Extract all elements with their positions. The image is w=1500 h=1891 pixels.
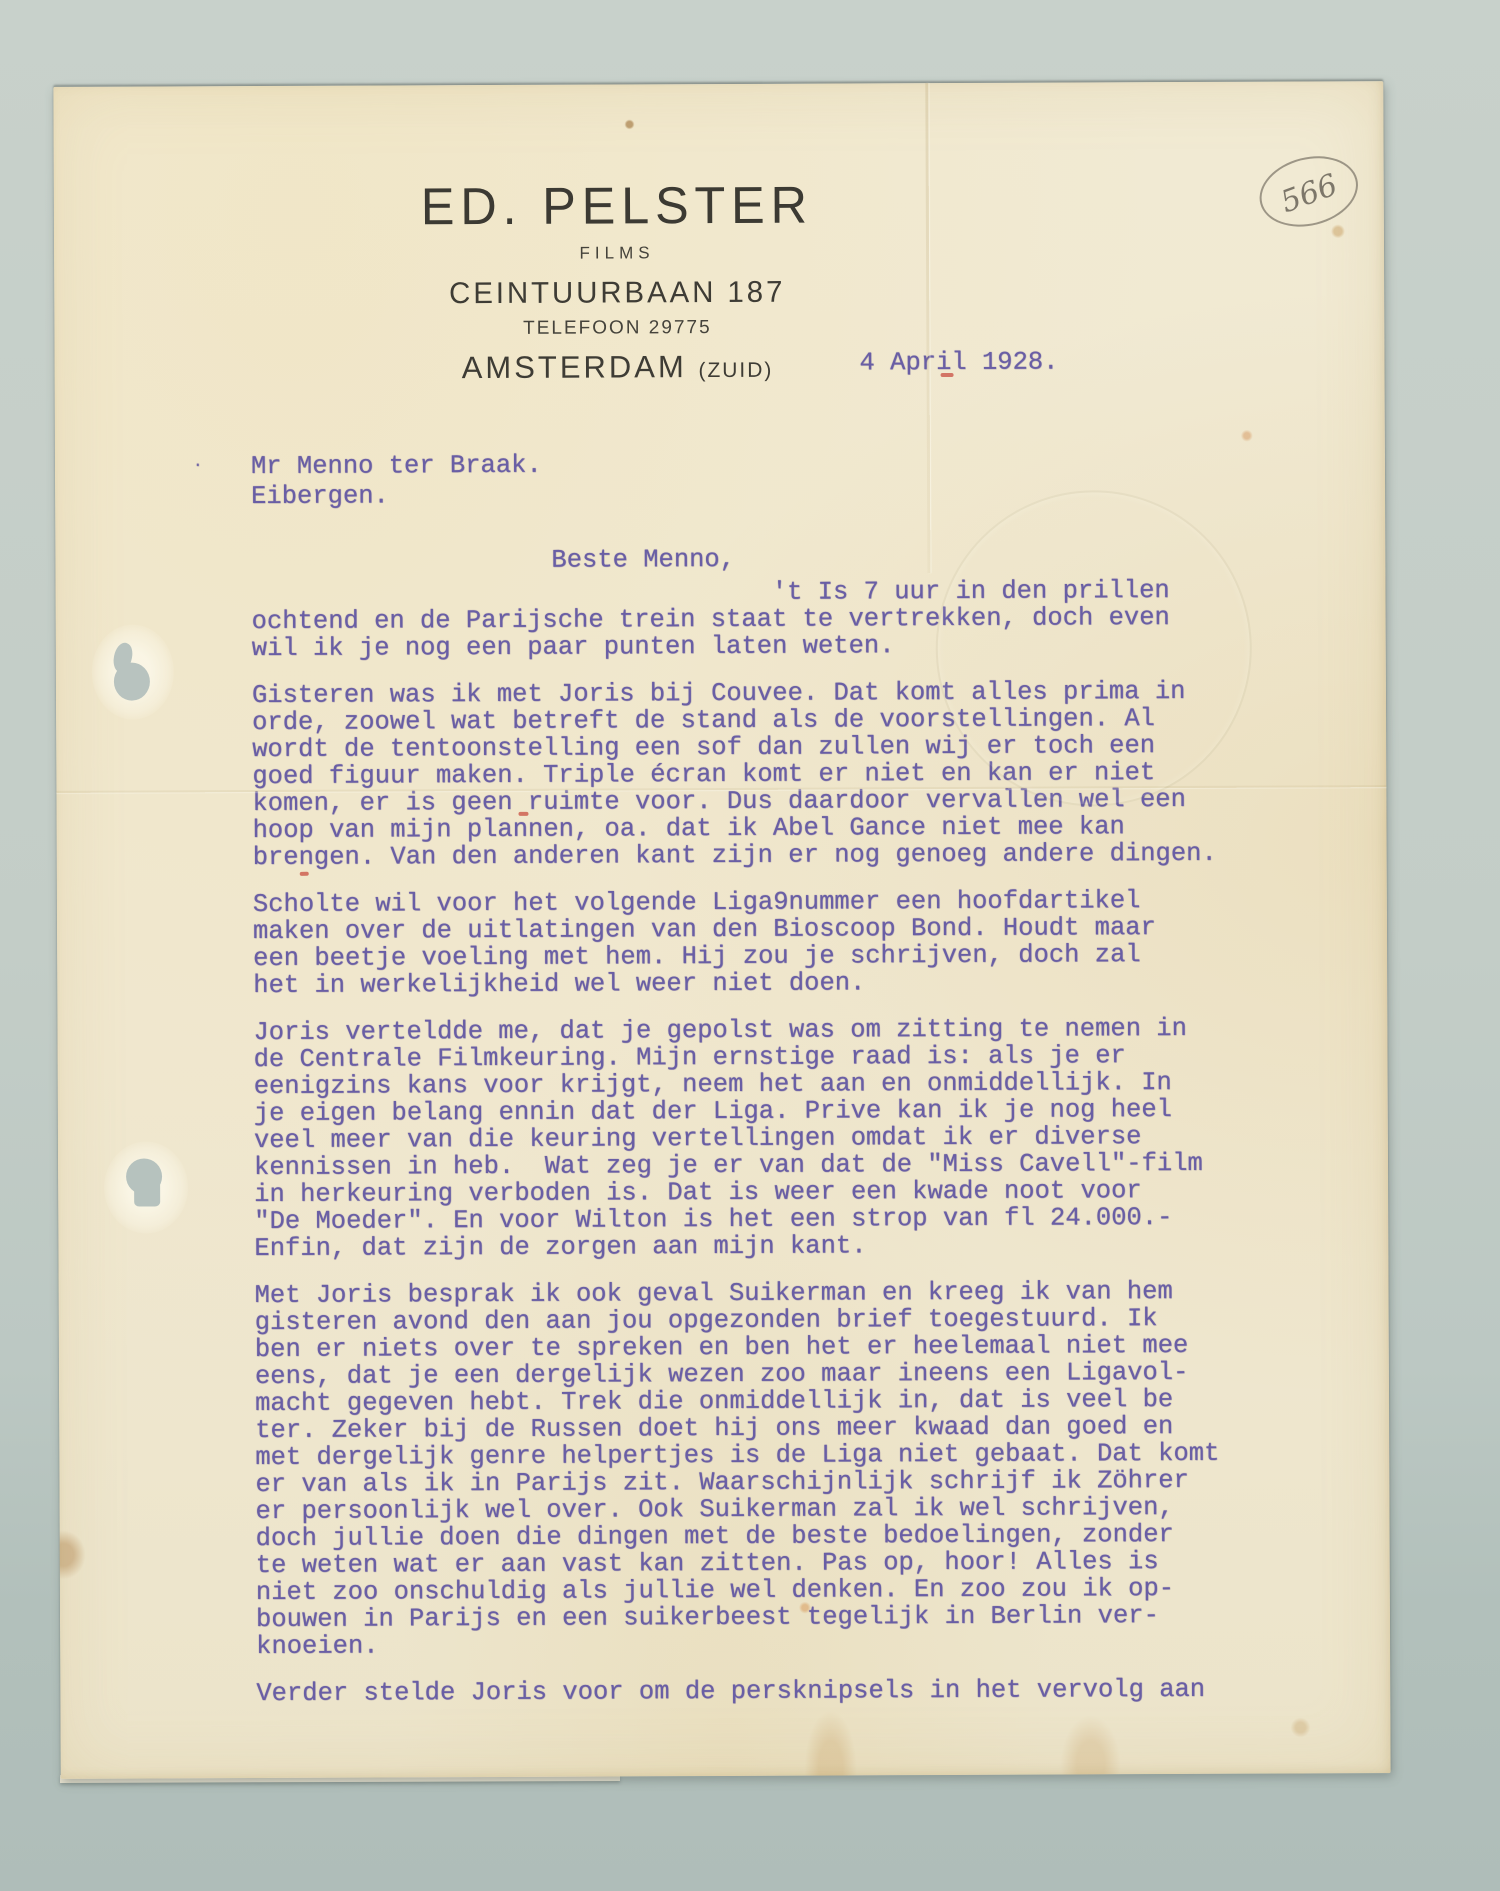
letterhead-city: AMSTERDAM (ZUID) (327, 348, 907, 387)
red-ribbon-mark (941, 373, 954, 377)
punch-hole-bottom (134, 1184, 160, 1206)
archive-number-annotation: 566 (1252, 146, 1366, 237)
stray-type-mark: · (193, 452, 203, 479)
embossed-stamp-ring (935, 490, 1252, 807)
letterhead-films-label: FILMS (327, 242, 907, 265)
letter-paragraph: Joris verteldde me, dat je gepolst was o… (253, 1015, 1218, 1262)
letterhead: ED. PELSTER FILMS CEINTUURBAAN 187 TELEF… (327, 175, 908, 387)
letter-paragraph: Verder stelde Joris voor om de persknips… (256, 1676, 1220, 1707)
archive-number: 566 (1277, 167, 1343, 220)
letterhead-street: CEINTUURBAAN 187 (333, 275, 902, 311)
scan-background: ED. PELSTER FILMS CEINTUURBAAN 187 TELEF… (0, 0, 1500, 1891)
letter-page: ED. PELSTER FILMS CEINTUURBAAN 187 TELEF… (53, 81, 1390, 1779)
letterhead-district: (ZUID) (698, 359, 773, 382)
letter-paragraph: Met Joris besprak ik ook geval Suikerman… (255, 1278, 1221, 1660)
letterhead-phone: TELEFOON 29775 (327, 316, 907, 341)
red-ribbon-mark (300, 872, 309, 876)
salutation: Beste Menno, (551, 546, 735, 574)
recipient-address: Mr Menno ter Braak. Eibergen. (251, 451, 542, 512)
red-ribbon-mark (518, 812, 528, 816)
letter-paragraph: Scholte wil voor het volgende Liga9numme… (253, 887, 1218, 999)
letterhead-city-name: AMSTERDAM (462, 349, 687, 385)
punch-hole-top (114, 662, 150, 700)
letter-date: 4 April 1928. (859, 349, 1058, 377)
vertical-fold-crease (925, 83, 930, 573)
letterhead-company-name: ED. PELSTER (335, 175, 898, 237)
